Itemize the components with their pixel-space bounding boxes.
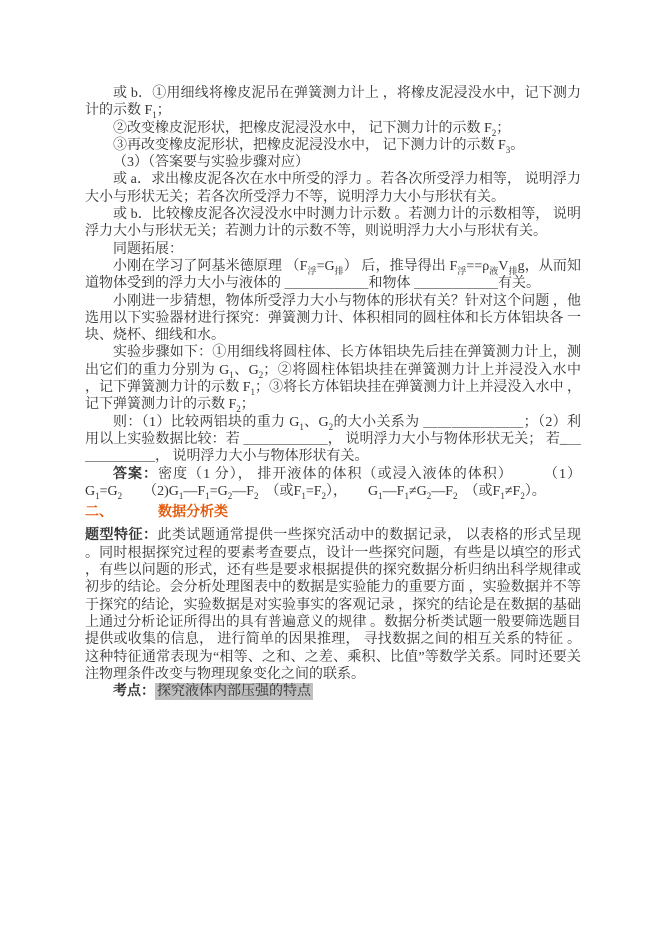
paragraph-option-a: 或 a．求出橡皮泥各次在水中所受的浮力 。若各次所受浮力相等， 说明浮力大小与形… [85, 171, 581, 206]
paragraph-method-b-step2: ②改变橡皮泥形状，把橡皮泥浸没水中， 记下测力计的示数 F2； [85, 120, 581, 137]
paragraph-q3-note: （3）（答案要与实验步骤对应） [85, 154, 581, 171]
section-number: 二、 [85, 504, 113, 521]
answer-label: 答案： [113, 467, 158, 482]
document-page: 或 b．①用细线将橡皮泥吊在弹簧测力计上 ，将橡皮泥浸没水中，记下测力计的示数 … [0, 0, 661, 935]
paragraph-method-b-step1: 或 b．①用细线将橡皮泥吊在弹簧测力计上 ，将橡皮泥浸没水中，记下测力计的示数 … [85, 85, 581, 120]
answer-text: 密度（1 分）， 排开液体的体积（或浸入液体的体积） （1）G1=G2 （2)G… [85, 467, 581, 499]
paragraph-answer: 答案：密度（1 分）， 排开液体的体积（或浸入液体的体积） （1）G1=G2 （… [85, 466, 581, 501]
paragraph-experiment-steps: 实验步骤如下：①用细线将圆柱体、长方体铝块先后挂在弹簧测力计上，测出它们的重力分… [85, 344, 581, 413]
type-features-label: 题型特征： [85, 528, 157, 543]
paragraph-type-features: 题型特征：此类试题通常提供一些探究活动中的数据记录， 以表格的形式呈现 。同时根… [85, 527, 581, 683]
section-heading: 二、数据分析类 [85, 504, 581, 521]
paragraph-option-b: 或 b．比较橡皮泥各次浸没水中时测力计示数 。若测力计的示数相等， 说明浮力大小… [85, 206, 581, 241]
paragraph-method-b-step3: ③再改变橡皮泥形状，把橡皮泥浸没水中， 记下测力计的示数 F3。 [85, 137, 581, 154]
type-features-text: 此类试题通常提供一些探究活动中的数据记录， 以表格的形式呈现 。同时根据探究过程… [85, 528, 581, 681]
paragraph-extension-title: 同题拓展： [85, 241, 581, 258]
paragraph-archimedes-derivation: 小刚在学习了阿基米德原理 （F浮=G排） 后，推导得出 F浮==ρ液V排g，从而… [85, 258, 581, 293]
exam-point-label: 考点： [113, 684, 155, 699]
section-title: 数据分析类 [158, 505, 228, 520]
paragraph-exam-point: 考点：探究液体内部压强的特点 [85, 683, 581, 700]
paragraph-questions: 则：（1）比较两铝块的重力 G1、G2的大小关系为 ＿＿＿＿＿＿＿；（2）利用以… [85, 414, 581, 466]
paragraph-conjecture: 小刚进一步猜想，物体所受浮力大小与物体的形状有关？针对这个问题 ，他选用以下实验… [85, 293, 581, 345]
exam-point-text: 探究液体内部压强的特点 [155, 683, 313, 700]
